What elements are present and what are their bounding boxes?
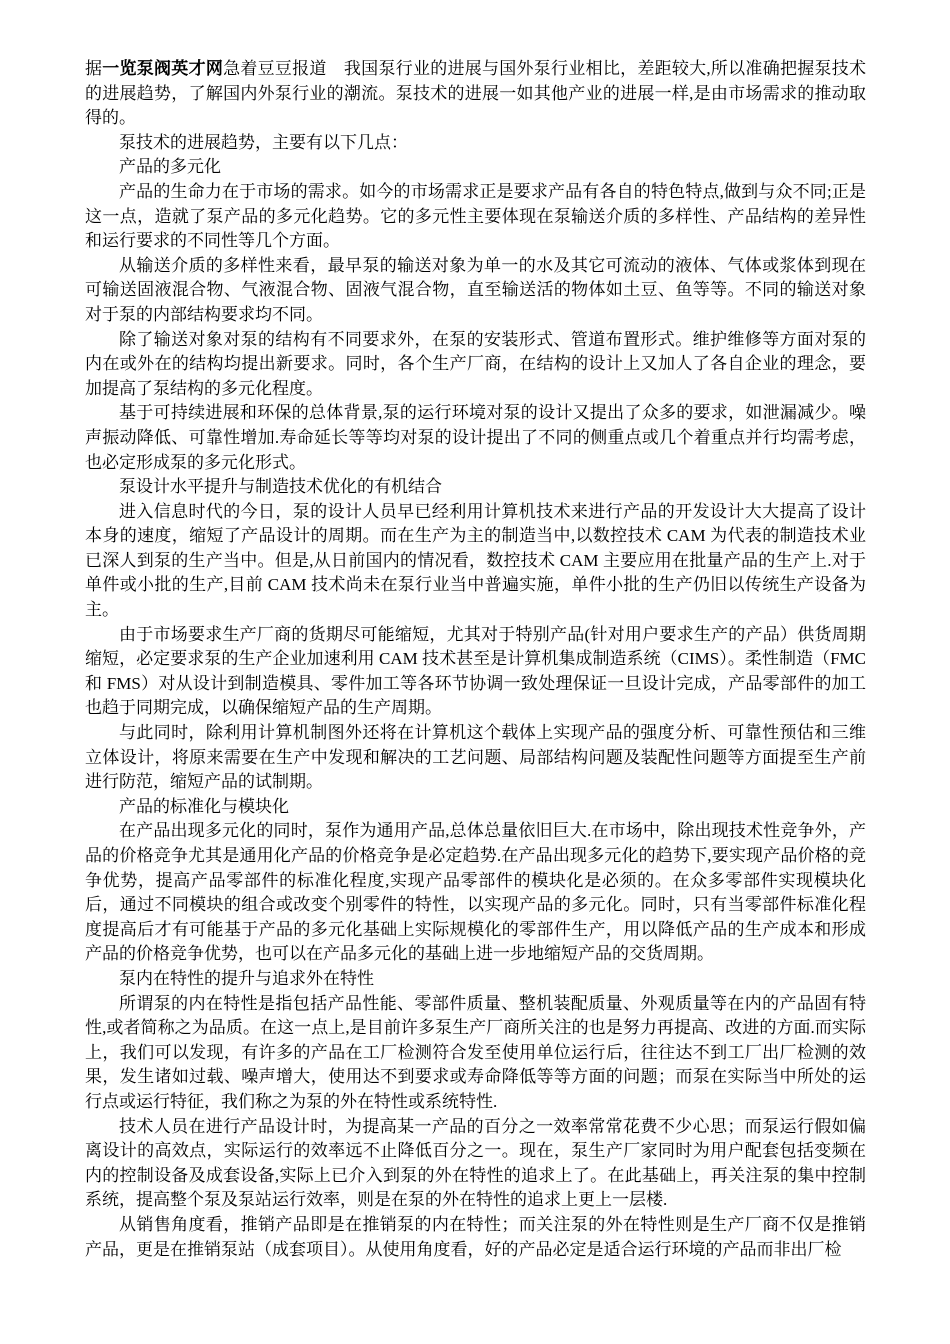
text-run: 进入信息时代的今日，泵的设计人员早已经利用计算机技术来进行产品的开发设计大大提高… (85, 502, 866, 619)
text-run: 泵内在特性的提升与追求外在特性 (119, 969, 374, 988)
section-heading-design-manufacturing: 泵设计水平提升与制造技术优化的有机结合 (85, 475, 866, 500)
text-run: 产品的标准化与模块化 (119, 797, 289, 816)
body-paragraph: 泵技术的进展趋势，主要有以下几点： (85, 131, 866, 156)
text-run: 所谓泵的内在特性是指包括产品性能、零部件质量、整机装配质量、外观质量等在内的产品… (85, 994, 866, 1111)
text-run: 除了输送对象对泵的结构有不同要求外，在泵的安装形式、管道布置形式。维护维修等方面… (85, 330, 866, 398)
body-paragraph: 技术人员在进行产品设计时，为提高某一产品的百分之一效率常常花费不少心思；而泵运行… (85, 1115, 866, 1213)
section-heading-characteristics: 泵内在特性的提升与追求外在特性 (85, 967, 866, 992)
text-run: 据 (85, 59, 102, 78)
text-run: 泵设计水平提升与制造技术优化的有机结合 (119, 477, 442, 496)
text-run: 从销售角度看，推销产品即是在推销泵的内在特性；而关注泵的外在特性则是生产厂商不仅… (85, 1215, 866, 1259)
section-heading-diversification: 产品的多元化 (85, 155, 866, 180)
body-paragraph: 从输送介质的多样性来看，最早泵的输送对象为单一的水及其它可流动的液体、气体或浆体… (85, 254, 866, 328)
body-paragraph: 从销售角度看，推销产品即是在推销泵的内在特性；而关注泵的外在特性则是生产厂商不仅… (85, 1213, 866, 1262)
text-run: 泵技术的进展趋势，主要有以下几点： (119, 133, 408, 152)
bold-text-run: 一览泵阀英才网 (102, 59, 223, 78)
text-run: 从输送介质的多样性来看，最早泵的输送对象为单一的水及其它可流动的液体、气体或浆体… (85, 256, 866, 324)
body-paragraph: 产品的生命力在于市场的需求。如今的市场需求正是要求产品有各自的特色特点,做到与众… (85, 180, 866, 254)
document-body: 据一览泵阀英才网急着豆豆报道 我国泵行业的进展与国外泵行业相比，差距较大,所以准… (85, 57, 866, 1262)
intro-paragraph: 据一览泵阀英才网急着豆豆报道 我国泵行业的进展与国外泵行业相比，差距较大,所以准… (85, 57, 866, 131)
text-run: 由于市场要求生产厂商的货期尽可能缩短，尤其对于特别产品(针对用户要求生产的产品）… (85, 625, 866, 718)
body-paragraph: 基于可持续进展和环保的总体背景,泵的运行环境对泵的设计又提出了众多的要求，如泄漏… (85, 401, 866, 475)
text-run: 基于可持续进展和环保的总体背景,泵的运行环境对泵的设计又提出了众多的要求，如泄漏… (85, 403, 866, 471)
section-heading-standardization: 产品的标准化与模块化 (85, 795, 866, 820)
text-run: 产品的多元化 (119, 157, 221, 176)
text-run: 技术人员在进行产品设计时，为提高某一产品的百分之一效率常常花费不少心思；而泵运行… (85, 1117, 866, 1210)
document-page: 据一览泵阀英才网急着豆豆报道 我国泵行业的进展与国外泵行业相比，差距较大,所以准… (0, 0, 950, 1344)
body-paragraph: 进入信息时代的今日，泵的设计人员早已经利用计算机技术来进行产品的开发设计大大提高… (85, 500, 866, 623)
text-run: 与此同时，除利用计算机制图外还将在计算机这个载体上实现产品的强度分析、可靠性预估… (85, 723, 866, 791)
body-paragraph: 在产品出现多元化的同时，泵作为通用产品,总体总量依旧巨大.在市场中，除出现技术性… (85, 819, 866, 967)
body-paragraph: 由于市场要求生产厂商的货期尽可能缩短，尤其对于特别产品(针对用户要求生产的产品）… (85, 623, 866, 721)
body-paragraph: 所谓泵的内在特性是指包括产品性能、零部件质量、整机装配质量、外观质量等在内的产品… (85, 992, 866, 1115)
text-run: 在产品出现多元化的同时，泵作为通用产品,总体总量依旧巨大.在市场中，除出现技术性… (85, 821, 866, 963)
text-run: 产品的生命力在于市场的需求。如今的市场需求正是要求产品有各自的特色特点,做到与众… (85, 182, 866, 250)
body-paragraph: 除了输送对象对泵的结构有不同要求外，在泵的安装形式、管道布置形式。维护维修等方面… (85, 328, 866, 402)
body-paragraph: 与此同时，除利用计算机制图外还将在计算机这个载体上实现产品的强度分析、可靠性预估… (85, 721, 866, 795)
